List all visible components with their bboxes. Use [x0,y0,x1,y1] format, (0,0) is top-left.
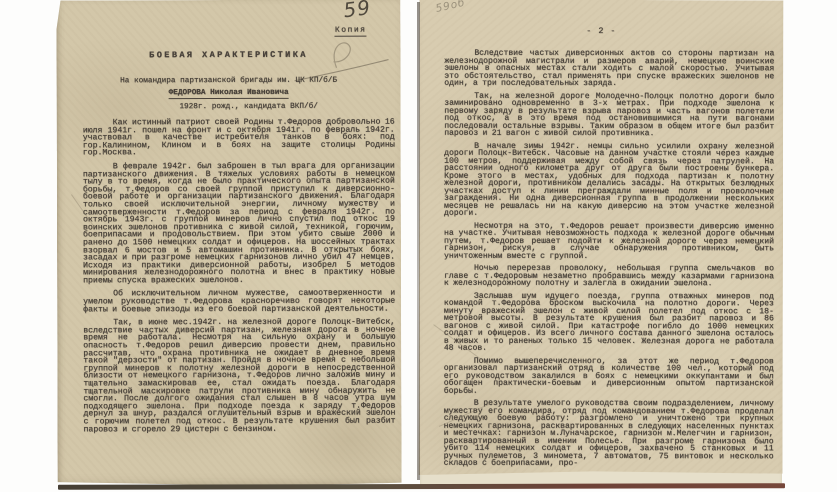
paragraph: В начале зимы 1942г. немцы сильно усилил… [444,142,774,218]
paragraph: Ночью перерезав проволоку, небольшая гру… [444,265,774,288]
page-gutter-shadow [417,2,420,480]
paragraph: Заслышав шум идущего поезда, группа отва… [444,292,774,353]
page-2-body: Вследствие частых диверсионных актов со … [444,50,775,473]
paragraph: В феврале 1942г. был заброшен в тыл враг… [83,163,395,285]
page-1-body: Как истинный патриот своей Родины т.Федо… [83,119,396,440]
paragraph: Несмотря на это, т.Федоров решает произв… [444,222,774,260]
paragraph: Так, в июне мес.1942г. на железной дорог… [83,319,395,434]
paragraph: Вследствие частых диверсионных актов со … [444,50,774,88]
handwritten-archive-number: 59 [342,0,372,22]
scanned-page-1: 59 Копия БОЕВАЯ ХАРАКТЕРИСТИКА На команд… [56,0,401,489]
scanned-page-2: 59об - 2 - Вследствие частых диверсионны… [419,0,784,486]
credentials-line: 1928г. рожд., кандидата ВКП/б/ [97,103,401,112]
paragraph: Об исключительном личном мужестве, самоо… [83,290,395,314]
paragraph: Как истинный патриот своей Родины т.Федо… [83,119,395,158]
page-number: - 2 - [419,26,783,37]
scanned-document-viewer: 59 Копия БОЕВАЯ ХАРАКТЕРИСТИКА На команд… [0,0,837,492]
paragraph: В результате умелого руководства своим п… [444,400,774,468]
handwritten-archive-number: 59об [434,0,466,15]
commander-name-line: ФЕДОРОВА Николая Ивановича [57,89,401,98]
addressee-line: На командира партизанской бригады им. ЦК… [57,77,401,86]
paragraph: Так, на железной дороге Молодечно-Полоцк… [444,92,774,138]
scan-bottom-edge [58,483,785,489]
paragraph: Помимо вышеперечисленного, за этот же пе… [444,357,774,395]
